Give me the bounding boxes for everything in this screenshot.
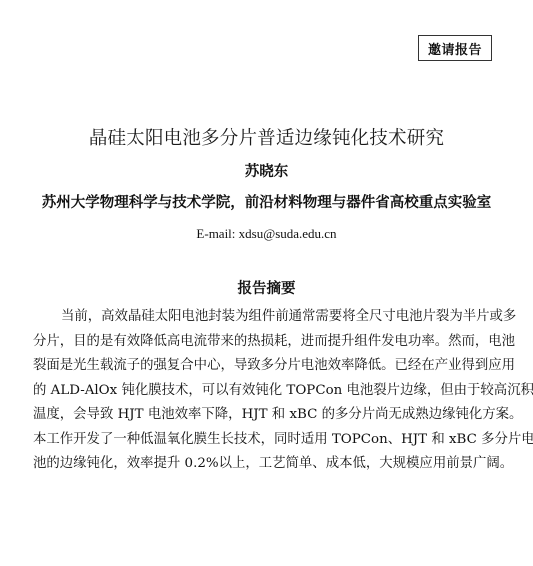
abstract-line: 分片，目的是有效降低高电流带来的热损耗，进而提升组件发电功率。然而，电池 bbox=[33, 330, 493, 355]
invited-report-badge: 邀请报告 bbox=[418, 35, 492, 61]
author-email: E-mail: xdsu@suda.edu.cn bbox=[0, 226, 533, 242]
abstract-line: 的 ALD-AlOx 钝化膜技术，可以有效钝化 TOPCon 电池裂片边缘，但由… bbox=[33, 379, 493, 404]
author-name: 苏晓东 bbox=[0, 160, 533, 181]
author-affiliation: 苏州大学物理科学与技术学院，前沿材料物理与器件省高校重点实验室 bbox=[0, 191, 533, 212]
abstract-line: 本工作开发了一种低温氧化膜生长技术，同时适用 TOPCon、HJT 和 xBC … bbox=[33, 428, 493, 453]
paper-title: 晶硅太阳电池多分片普适边缘钝化技术研究 bbox=[0, 124, 533, 150]
abstract-line: 裂面是光生载流子的强复合中心，导致多分片电池效率降低。已经在产业得到应用 bbox=[33, 354, 493, 379]
abstract-heading: 报告摘要 bbox=[0, 277, 533, 298]
abstract-line: 当前，高效晶硅太阳电池封装为组件前通常需要将全尺寸电池片裂为半片或多 bbox=[33, 305, 493, 330]
abstract-line: 温度，会导致 HJT 电池效率下降，HJT 和 xBC 的多分片尚无成熟边缘钝化… bbox=[33, 403, 493, 428]
abstract-line: 池的边缘钝化，效率提升 0.2%以上，工艺简单、成本低，大规模应用前景广阔。 bbox=[33, 452, 493, 477]
abstract-body: 当前，高效晶硅太阳电池封装为组件前通常需要将全尺寸电池片裂为半片或多 分片，目的… bbox=[33, 305, 493, 477]
